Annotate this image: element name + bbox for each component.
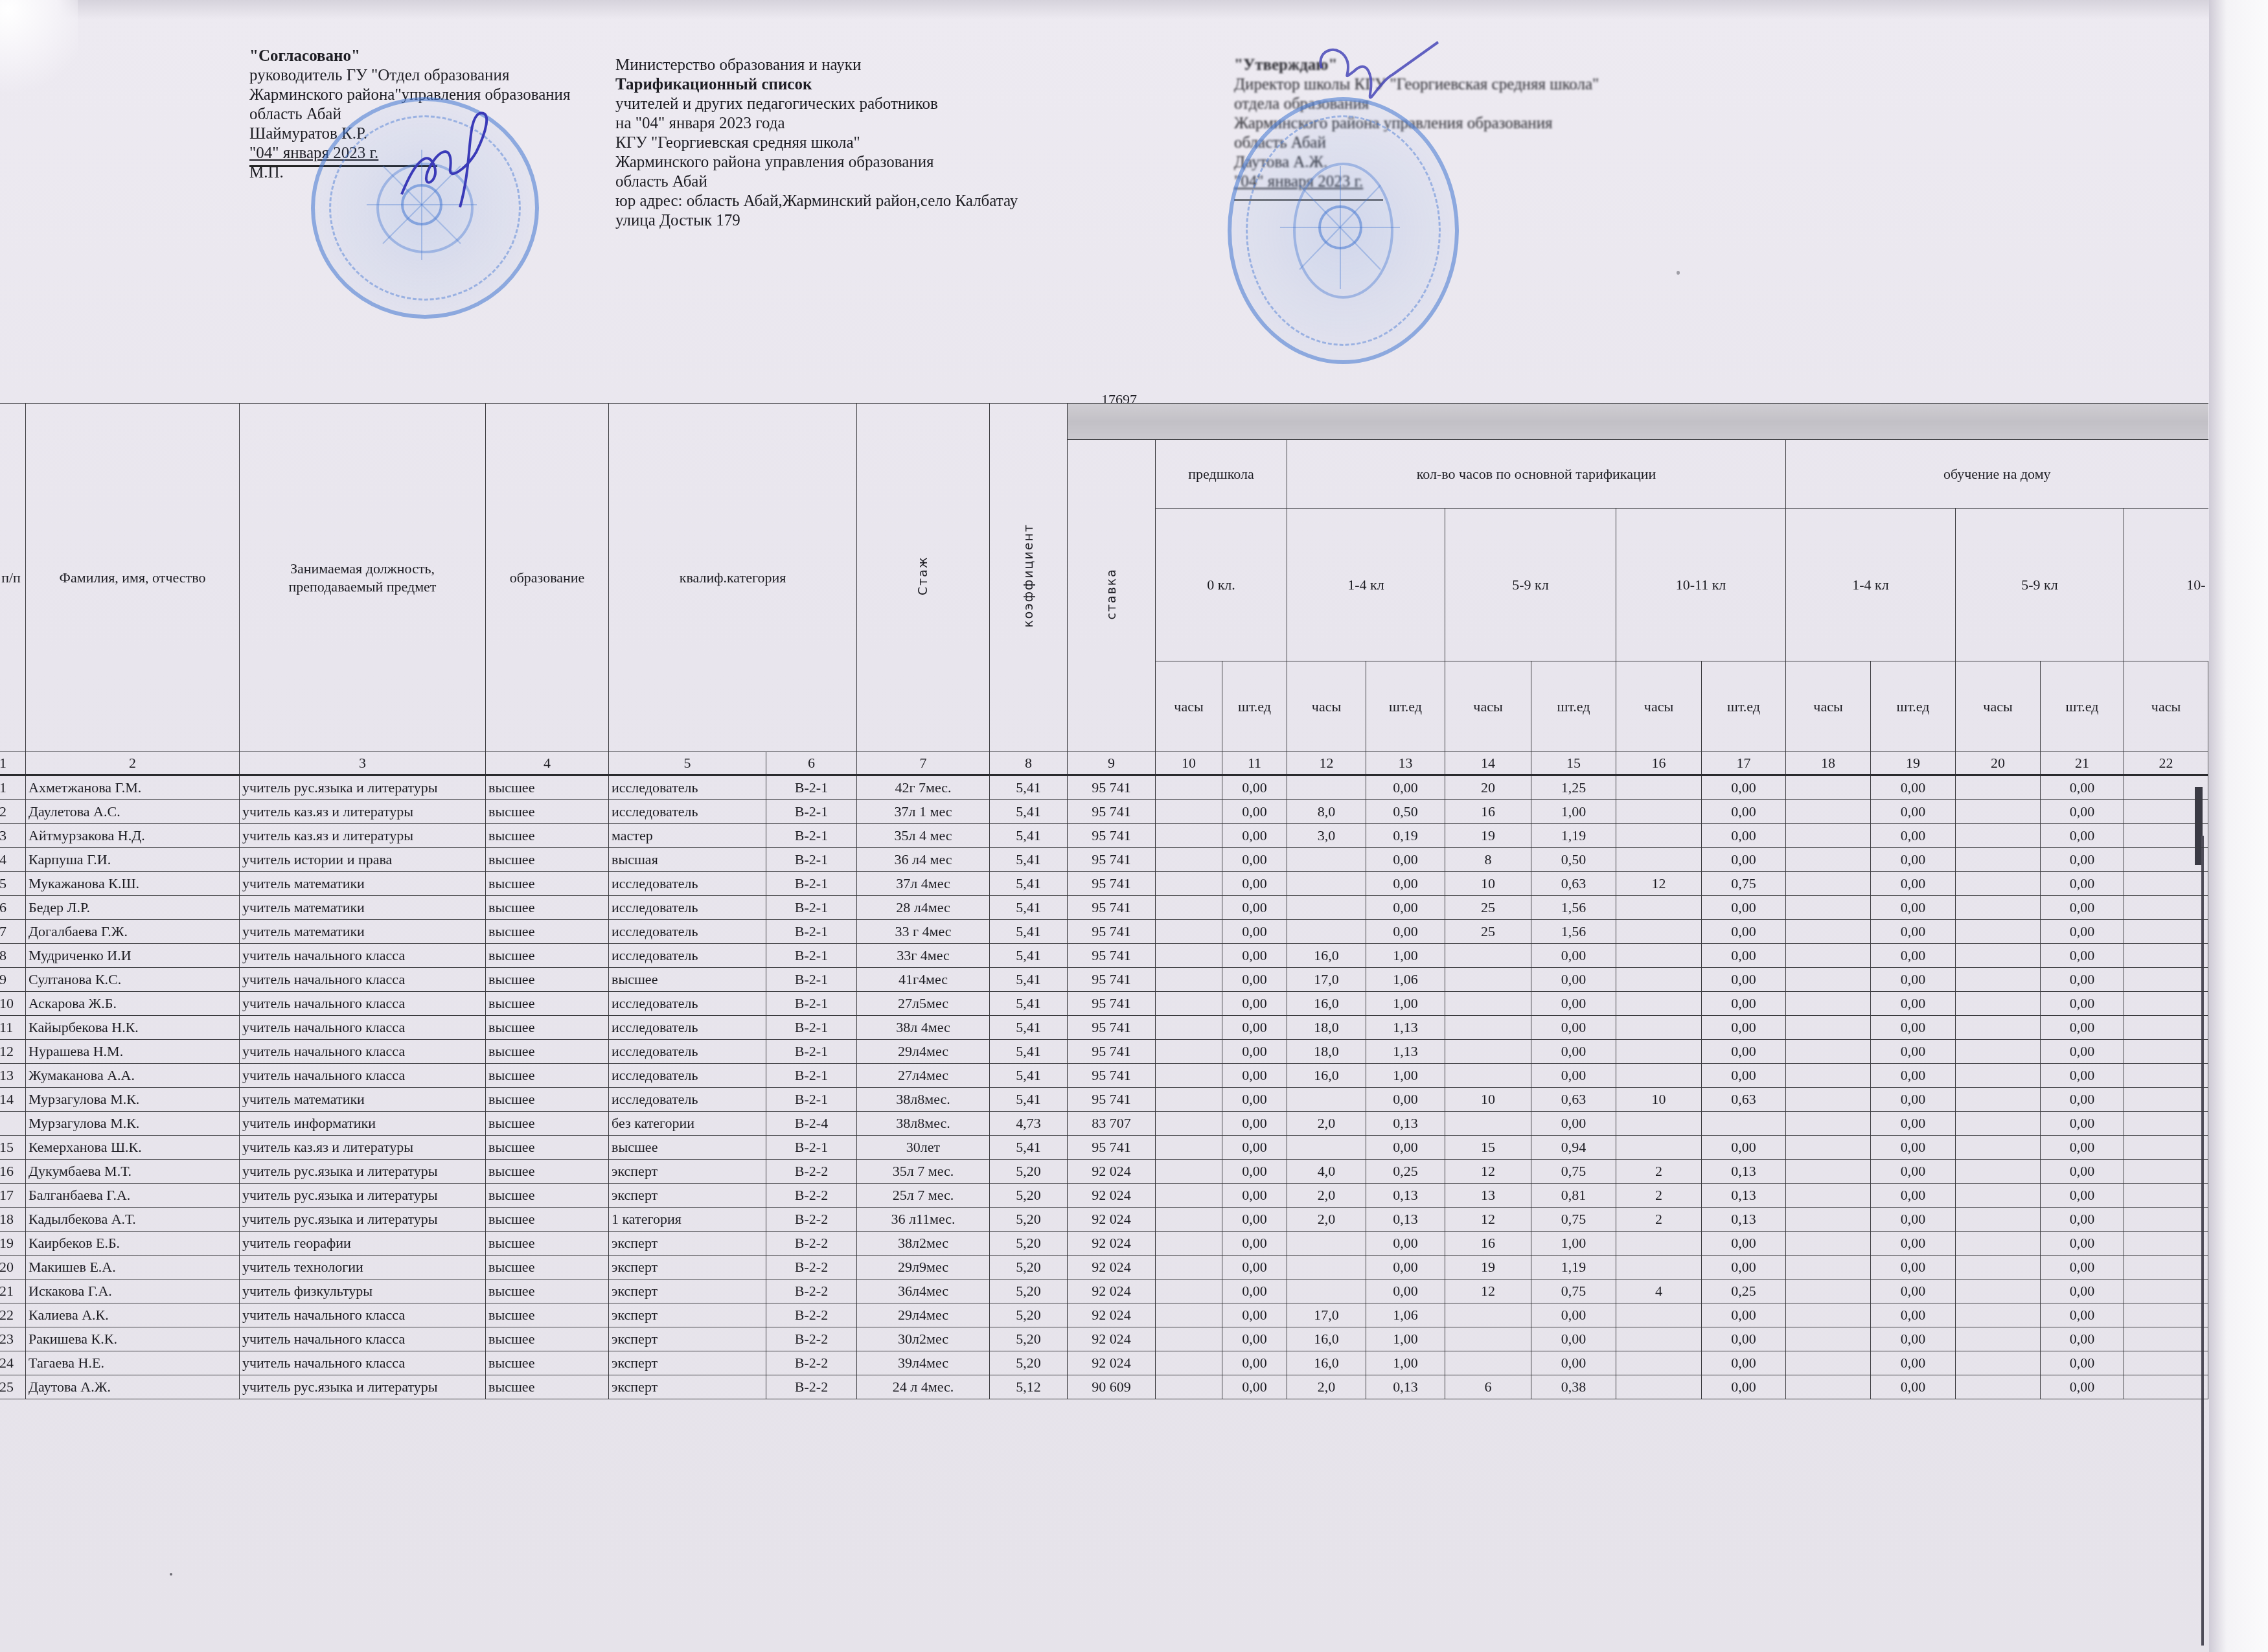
subheader-hours: часы	[1616, 661, 1702, 752]
cell-grade-1-4-units: 0,13	[1366, 1112, 1445, 1136]
cell-category: В-2-2	[766, 1351, 857, 1375]
cell-name: Жумаканова А.А.	[26, 1064, 240, 1088]
cell-education: высшее	[486, 1303, 609, 1327]
page-corner-fold	[0, 0, 78, 97]
cell-grade-1-4-hours: 4,0	[1287, 1160, 1366, 1184]
cell-preschool-hours	[1156, 1040, 1222, 1064]
cell-home-1-4-units: 0,00	[1871, 896, 1956, 920]
cell-grade-10-11-units: 0,13	[1702, 1160, 1786, 1184]
cell-coefficient: 5,41	[990, 848, 1068, 872]
cell-grade-10-11-units: 0,00	[1702, 1303, 1786, 1327]
row-number: 15	[0, 1136, 26, 1160]
cell-home-1-4-hours	[1786, 1256, 1871, 1279]
group-header-main-hours: кол-во часов по основной тарификации	[1287, 440, 1786, 509]
cell-home-1-4-units: 0,00	[1871, 1040, 1956, 1064]
table-row: 4Карпуша Г.И.учитель истории и прававысш…	[0, 848, 2208, 872]
cell-grade-10-11-hours: 2	[1616, 1184, 1702, 1208]
cell-grade-5-9-units: 0,00	[1531, 1112, 1616, 1136]
cell-rate: 90 609	[1068, 1375, 1156, 1399]
cell-education: высшее	[486, 1136, 609, 1160]
cell-rate: 92 024	[1068, 1208, 1156, 1232]
cell-home-1-4-hours	[1786, 1136, 1871, 1160]
row-number	[0, 1112, 26, 1136]
cell-home-1-4-units: 0,00	[1871, 800, 1956, 824]
cell-grade-5-9-hours: 25	[1445, 896, 1531, 920]
cell-grade-1-4-hours: 16,0	[1287, 992, 1366, 1016]
cell-home-5-9-units: 0,00	[2041, 896, 2124, 920]
cell-grade-1-4-units: 1,00	[1366, 1351, 1445, 1375]
cell-coefficient: 5,20	[990, 1184, 1068, 1208]
cell-grade-5-9-hours: 15	[1445, 1136, 1531, 1160]
cell-grade-10-11-hours: 2	[1616, 1160, 1702, 1184]
cell-grade-5-9-units: 0,00	[1531, 1040, 1616, 1064]
cell-position: учитель начального класса	[240, 992, 486, 1016]
rate-label: ставка	[1105, 568, 1119, 619]
cell-grade-10-11-hours	[1616, 896, 1702, 920]
header-grey-band	[1068, 404, 2208, 440]
cell-home-10-hours	[2124, 1279, 2208, 1303]
cell-education: высшее	[486, 1112, 609, 1136]
cell-education: высшее	[486, 968, 609, 992]
row-number: 9	[0, 968, 26, 992]
cell-preschool-hours	[1156, 800, 1222, 824]
cell-home-1-4-hours	[1786, 1351, 1871, 1375]
cell-qualification: эксперт	[609, 1160, 766, 1184]
cell-home-1-4-hours	[1786, 992, 1871, 1016]
col-header-qualification: квалиф.категория	[609, 404, 857, 752]
cell-grade-10-11-units: 0,00	[1702, 992, 1786, 1016]
cell-coefficient: 5,41	[990, 992, 1068, 1016]
cell-rate: 95 741	[1068, 848, 1156, 872]
cell-grade-10-11-hours	[1616, 1016, 1702, 1040]
cell-grade-5-9-hours	[1445, 992, 1531, 1016]
cell-home-1-4-hours	[1786, 800, 1871, 824]
cell-category: В-2-1	[766, 896, 857, 920]
cell-home-5-9-hours	[1956, 1136, 2041, 1160]
cell-education: высшее	[486, 848, 609, 872]
cell-grade-1-4-hours	[1287, 872, 1366, 896]
row-number: 16	[0, 1160, 26, 1184]
cell-education: высшее	[486, 1040, 609, 1064]
cell-coefficient: 5,20	[990, 1279, 1068, 1303]
cell-experience: 29л4мес	[857, 1303, 990, 1327]
cell-grade-10-11-units: 0,00	[1702, 1040, 1786, 1064]
cell-home-5-9-hours	[1956, 1208, 2041, 1232]
cell-category: В-2-1	[766, 968, 857, 992]
cell-name: Даутова А.Ж.	[26, 1375, 240, 1399]
subheader-home-10: 10-	[2124, 509, 2208, 661]
cell-education: высшее	[486, 920, 609, 944]
subheader-grade-5-9: 5-9 кл	[1445, 509, 1616, 661]
cell-home-5-9-units: 0,00	[2041, 1088, 2124, 1112]
cell-name: Аскарова Ж.Б.	[26, 992, 240, 1016]
cell-rate: 92 024	[1068, 1160, 1156, 1184]
cell-experience: 37л 1 мес	[857, 800, 990, 824]
title-line: учителей и других педагогических работни…	[615, 95, 1018, 114]
cell-position: учитель начального класса	[240, 968, 486, 992]
cell-home-1-4-hours	[1786, 1040, 1871, 1064]
cell-home-1-4-units: 0,00	[1871, 1064, 1956, 1088]
cell-preschool-units: 0,00	[1222, 775, 1287, 800]
cell-grade-1-4-units: 0,00	[1366, 848, 1445, 872]
cell-home-1-4-hours	[1786, 1160, 1871, 1184]
col-header-experience: Стаж	[857, 404, 990, 752]
cell-home-5-9-hours	[1956, 1303, 2041, 1327]
subheader-hours: часы	[1287, 661, 1366, 752]
table-row: 19Каирбеков Е.Б.учитель георафиивысшееэк…	[0, 1232, 2208, 1256]
cell-experience: 37л 4мес	[857, 872, 990, 896]
cell-home-1-4-units: 0,00	[1871, 1112, 1956, 1136]
row-number: 1	[0, 775, 26, 800]
cell-home-1-4-units: 0,00	[1871, 992, 1956, 1016]
cell-qualification: мастер	[609, 824, 766, 848]
cell-grade-1-4-units: 0,00	[1366, 920, 1445, 944]
cell-home-1-4-units: 0,00	[1871, 944, 1956, 968]
cell-coefficient: 5,41	[990, 1040, 1068, 1064]
cell-preschool-hours	[1156, 992, 1222, 1016]
cell-experience: 29л9мес	[857, 1256, 990, 1279]
cell-qualification: эксперт	[609, 1279, 766, 1303]
cell-grade-10-11-units: 0,00	[1702, 1136, 1786, 1160]
cell-name: Кайырбекова Н.К.	[26, 1016, 240, 1040]
cell-grade-10-11-hours	[1616, 1327, 1702, 1351]
row-number: 21	[0, 1279, 26, 1303]
ministry-name: Министерство образования и науки	[615, 56, 1018, 75]
cell-preschool-units: 0,00	[1222, 920, 1287, 944]
cell-home-5-9-hours	[1956, 1184, 2041, 1208]
cell-category: В-2-1	[766, 848, 857, 872]
cell-education: высшее	[486, 824, 609, 848]
cell-category: В-2-1	[766, 1136, 857, 1160]
cell-home-10-hours	[2124, 1208, 2208, 1232]
cell-position: учитель начального класса	[240, 1351, 486, 1375]
cell-grade-5-9-units: 1,19	[1531, 824, 1616, 848]
cell-grade-1-4-units: 0,50	[1366, 800, 1445, 824]
cell-home-1-4-hours	[1786, 1375, 1871, 1399]
cell-grade-10-11-units: 0,13	[1702, 1208, 1786, 1232]
cell-rate: 83 707	[1068, 1112, 1156, 1136]
cell-home-10-hours	[2124, 1040, 2208, 1064]
cell-home-5-9-hours	[1956, 1088, 2041, 1112]
cell-rate: 92 024	[1068, 1351, 1156, 1375]
column-number: 22	[2124, 752, 2208, 775]
cell-preschool-units: 0,00	[1222, 1112, 1287, 1136]
cell-preschool-hours	[1156, 1351, 1222, 1375]
row-number: 24	[0, 1351, 26, 1375]
cell-grade-1-4-units: 1,06	[1366, 1303, 1445, 1327]
cell-grade-1-4-hours	[1287, 896, 1366, 920]
cell-grade-1-4-hours: 2,0	[1287, 1184, 1366, 1208]
cell-name: Карпуша Г.И.	[26, 848, 240, 872]
cell-grade-5-9-hours	[1445, 1016, 1531, 1040]
table-row: 3Айтмурзакова Н.Д.учитель каз.яз и литер…	[0, 824, 2208, 848]
cell-preschool-units: 0,00	[1222, 1064, 1287, 1088]
cell-coefficient: 5,20	[990, 1160, 1068, 1184]
cell-preschool-units: 0,00	[1222, 1208, 1287, 1232]
cell-home-5-9-units: 0,00	[2041, 1256, 2124, 1279]
table-row: 18Кадылбекова А.Т.учитель рус.языка и ли…	[0, 1208, 2208, 1232]
column-number: 8	[990, 752, 1068, 775]
cell-education: высшее	[486, 1160, 609, 1184]
cell-home-1-4-hours	[1786, 872, 1871, 896]
cell-position: учитель рус.языка и литературы	[240, 1208, 486, 1232]
cell-preschool-units: 0,00	[1222, 1327, 1287, 1351]
experience-label: Стаж	[916, 556, 930, 595]
column-number: 18	[1786, 752, 1871, 775]
cell-home-5-9-units: 0,00	[2041, 992, 2124, 1016]
cell-grade-10-11-units: 0,00	[1702, 920, 1786, 944]
cell-home-1-4-hours	[1786, 920, 1871, 944]
cell-rate: 95 741	[1068, 968, 1156, 992]
cell-preschool-units: 0,00	[1222, 872, 1287, 896]
cell-home-1-4-hours	[1786, 1327, 1871, 1351]
cell-grade-5-9-units: 1,56	[1531, 920, 1616, 944]
column-number: 14	[1445, 752, 1531, 775]
cell-experience: 35л 4 мес	[857, 824, 990, 848]
cell-grade-5-9-hours	[1445, 1303, 1531, 1327]
column-number: 7	[857, 752, 990, 775]
cell-rate: 95 741	[1068, 944, 1156, 968]
row-number: 6	[0, 896, 26, 920]
cell-name: Ракишева К.К.	[26, 1327, 240, 1351]
cell-preschool-hours	[1156, 1064, 1222, 1088]
cell-home-1-4-hours	[1786, 1112, 1871, 1136]
column-number: 12	[1287, 752, 1366, 775]
cell-name: Балганбаева Г.А.	[26, 1184, 240, 1208]
cell-home-5-9-hours	[1956, 1256, 2041, 1279]
cell-grade-1-4-hours	[1287, 1256, 1366, 1279]
cell-grade-1-4-units: 0,00	[1366, 872, 1445, 896]
cell-name: Мудриченко И.И	[26, 944, 240, 968]
cell-grade-1-4-hours: 18,0	[1287, 1040, 1366, 1064]
cell-rate: 95 741	[1068, 1064, 1156, 1088]
cell-grade-10-11-hours	[1616, 1351, 1702, 1375]
cell-grade-10-11-hours	[1616, 775, 1702, 800]
column-number: 5	[609, 752, 766, 775]
cell-home-1-4-hours	[1786, 1303, 1871, 1327]
cell-experience: 36л4мес	[857, 1279, 990, 1303]
cell-education: высшее	[486, 872, 609, 896]
table-row: 22Калиева А.К.учитель начального классав…	[0, 1303, 2208, 1327]
cell-position: учитель начального класса	[240, 1040, 486, 1064]
cell-home-5-9-hours	[1956, 1375, 2041, 1399]
cell-preschool-hours	[1156, 896, 1222, 920]
cell-grade-1-4-hours: 2,0	[1287, 1112, 1366, 1136]
cell-grade-1-4-hours: 17,0	[1287, 968, 1366, 992]
cell-coefficient: 5,20	[990, 1232, 1068, 1256]
cell-home-1-4-units: 0,00	[1871, 1327, 1956, 1351]
cell-position: учитель рус.языка и литературы	[240, 1184, 486, 1208]
column-number-row: 12345678910111213141516171819202122	[0, 752, 2208, 775]
cell-position: учитель каз.яз и литературы	[240, 824, 486, 848]
cell-coefficient: 5,41	[990, 1136, 1068, 1160]
cell-grade-10-11-hours	[1616, 1040, 1702, 1064]
cell-name: Каирбеков Е.Б.	[26, 1232, 240, 1256]
cell-name: Султанова К.С.	[26, 968, 240, 992]
table-row: 15Кемерханова Ш.К.учитель каз.яз и литер…	[0, 1136, 2208, 1160]
cell-grade-10-11-units: 0,00	[1702, 1351, 1786, 1375]
col-header-rate: ставка	[1068, 440, 1156, 752]
cell-grade-1-4-units: 0,00	[1366, 1232, 1445, 1256]
table-row: 10Аскарова Ж.Б.учитель начального класса…	[0, 992, 2208, 1016]
cell-position: учитель информатики	[240, 1112, 486, 1136]
cell-coefficient: 4,73	[990, 1112, 1068, 1136]
cell-grade-5-9-units: 1,56	[1531, 896, 1616, 920]
row-number: 5	[0, 872, 26, 896]
row-number: 20	[0, 1256, 26, 1279]
cell-grade-1-4-hours: 16,0	[1287, 1351, 1366, 1375]
cell-grade-10-11-hours	[1616, 1064, 1702, 1088]
cell-grade-1-4-hours	[1287, 1279, 1366, 1303]
cell-grade-1-4-hours: 2,0	[1287, 1375, 1366, 1399]
cell-grade-1-4-hours	[1287, 775, 1366, 800]
cell-preschool-units: 0,00	[1222, 1279, 1287, 1303]
cell-qualification: исследователь	[609, 1016, 766, 1040]
cell-grade-5-9-hours: 16	[1445, 800, 1531, 824]
cell-grade-10-11-units: 0,13	[1702, 1184, 1786, 1208]
column-number: 15	[1531, 752, 1616, 775]
approval-left-title: "Согласовано"	[249, 47, 570, 66]
cell-grade-5-9-hours	[1445, 1327, 1531, 1351]
cell-grade-10-11-hours: 4	[1616, 1279, 1702, 1303]
cell-home-10-hours	[2124, 1160, 2208, 1184]
cell-grade-5-9-hours	[1445, 1112, 1531, 1136]
cell-grade-1-4-units: 0,00	[1366, 896, 1445, 920]
cell-position: учитель технологии	[240, 1256, 486, 1279]
cell-coefficient: 5,41	[990, 1016, 1068, 1040]
cell-preschool-hours	[1156, 824, 1222, 848]
cell-qualification: высшее	[609, 1136, 766, 1160]
cell-experience: 42г 7мес.	[857, 775, 990, 800]
cell-rate: 95 741	[1068, 920, 1156, 944]
column-number: 3	[240, 752, 486, 775]
cell-home-5-9-hours	[1956, 1351, 2041, 1375]
cell-preschool-units: 0,00	[1222, 848, 1287, 872]
cell-preschool-hours	[1156, 920, 1222, 944]
cell-education: высшее	[486, 800, 609, 824]
cell-grade-5-9-hours: 12	[1445, 1160, 1531, 1184]
cell-education: высшее	[486, 1279, 609, 1303]
cell-home-5-9-hours	[1956, 1016, 2041, 1040]
cell-category: В-2-2	[766, 1303, 857, 1327]
row-number: 17	[0, 1184, 26, 1208]
cell-grade-10-11-units: 0,00	[1702, 1016, 1786, 1040]
cell-preschool-units: 0,00	[1222, 800, 1287, 824]
cell-coefficient: 5,41	[990, 824, 1068, 848]
cell-preschool-hours	[1156, 1208, 1222, 1232]
cell-qualification: исследователь	[609, 944, 766, 968]
row-number: 12	[0, 1040, 26, 1064]
cell-education: высшее	[486, 944, 609, 968]
cell-grade-1-4-hours: 16,0	[1287, 1327, 1366, 1351]
cell-qualification: высшее	[609, 968, 766, 992]
subheader-hours: часы	[1445, 661, 1531, 752]
cell-home-5-9-hours	[1956, 824, 2041, 848]
cell-home-10-hours	[2124, 824, 2208, 848]
row-number: 2	[0, 800, 26, 824]
cell-home-1-4-units: 0,00	[1871, 1016, 1956, 1040]
cell-home-5-9-hours	[1956, 920, 2041, 944]
cell-grade-1-4-units: 0,13	[1366, 1375, 1445, 1399]
cell-rate: 95 741	[1068, 1040, 1156, 1064]
cell-coefficient: 5,41	[990, 968, 1068, 992]
cell-education: высшее	[486, 775, 609, 800]
cell-name: Искакова Г.А.	[26, 1279, 240, 1303]
group-header-preschool: предшкола	[1156, 440, 1287, 509]
cell-home-5-9-hours	[1956, 800, 2041, 824]
cell-grade-10-11-hours	[1616, 848, 1702, 872]
cell-coefficient: 5,41	[990, 896, 1068, 920]
cell-experience: 38л8мес.	[857, 1088, 990, 1112]
row-number: 11	[0, 1016, 26, 1040]
cell-qualification: высшая	[609, 848, 766, 872]
cell-rate: 92 024	[1068, 1303, 1156, 1327]
cell-grade-5-9-hours: 16	[1445, 1232, 1531, 1256]
cell-education: высшее	[486, 992, 609, 1016]
cell-grade-5-9-units: 0,75	[1531, 1160, 1616, 1184]
table-row: 5Мукажанова К.Ш.учитель математикивысшее…	[0, 872, 2208, 896]
cell-coefficient: 5,20	[990, 1327, 1068, 1351]
cell-category: В-2-1	[766, 1088, 857, 1112]
title-date: на "04" января 2023 года	[615, 114, 1018, 133]
cell-position: учитель истории и права	[240, 848, 486, 872]
cell-home-10-hours	[2124, 968, 2208, 992]
cell-home-1-4-hours	[1786, 944, 1871, 968]
title-line: Жарминского района управления образовани…	[615, 153, 1018, 172]
cell-education: высшее	[486, 1184, 609, 1208]
cell-experience: 38л 4мес	[857, 1016, 990, 1040]
approval-left-line: руководитель ГУ "Отдел образования	[249, 66, 570, 86]
cell-preschool-units: 0,00	[1222, 1232, 1287, 1256]
cell-education: высшее	[486, 1088, 609, 1112]
cell-home-5-9-units: 0,00	[2041, 775, 2124, 800]
cell-experience: 38л8мес.	[857, 1112, 990, 1136]
cell-home-1-4-units: 0,00	[1871, 775, 1956, 800]
cell-qualification: эксперт	[609, 1184, 766, 1208]
cell-home-5-9-hours	[1956, 872, 2041, 896]
cell-name: Догалбаева Г.Ж.	[26, 920, 240, 944]
cell-name: Макишев Е.А.	[26, 1256, 240, 1279]
cell-grade-10-11-units: 0,00	[1702, 944, 1786, 968]
cell-grade-5-9-units: 0,00	[1531, 1064, 1616, 1088]
cell-grade-1-4-units: 0,13	[1366, 1208, 1445, 1232]
row-number: 25	[0, 1375, 26, 1399]
cell-qualification: исследователь	[609, 1040, 766, 1064]
cell-rate: 95 741	[1068, 992, 1156, 1016]
cell-grade-10-11-hours: 2	[1616, 1208, 1702, 1232]
cell-category: В-2-1	[766, 800, 857, 824]
cell-position: учитель рус.языка и литературы	[240, 1375, 486, 1399]
cell-home-5-9-hours	[1956, 944, 2041, 968]
cell-preschool-hours	[1156, 1256, 1222, 1279]
cell-home-1-4-units: 0,00	[1871, 968, 1956, 992]
cell-position: учитель рус.языка и литературы	[240, 1160, 486, 1184]
document-title-block: Министерство образования и науки Тарифик…	[615, 56, 1018, 231]
cell-home-10-hours	[2124, 1112, 2208, 1136]
cell-rate: 92 024	[1068, 1232, 1156, 1256]
cell-preschool-units: 0,00	[1222, 1256, 1287, 1279]
cell-name: Мурзагулова М.К.	[26, 1088, 240, 1112]
cell-category: В-2-1	[766, 920, 857, 944]
cell-home-10-hours	[2124, 1256, 2208, 1279]
subheader-units: шт.ед	[1871, 661, 1956, 752]
cell-preschool-units: 0,00	[1222, 1351, 1287, 1375]
school-name: КГУ "Георгиевская средняя школа"	[615, 133, 1018, 153]
column-number: 1	[0, 752, 26, 775]
cell-position: учитель математики	[240, 1088, 486, 1112]
cell-preschool-hours	[1156, 1016, 1222, 1040]
cell-preschool-hours	[1156, 775, 1222, 800]
